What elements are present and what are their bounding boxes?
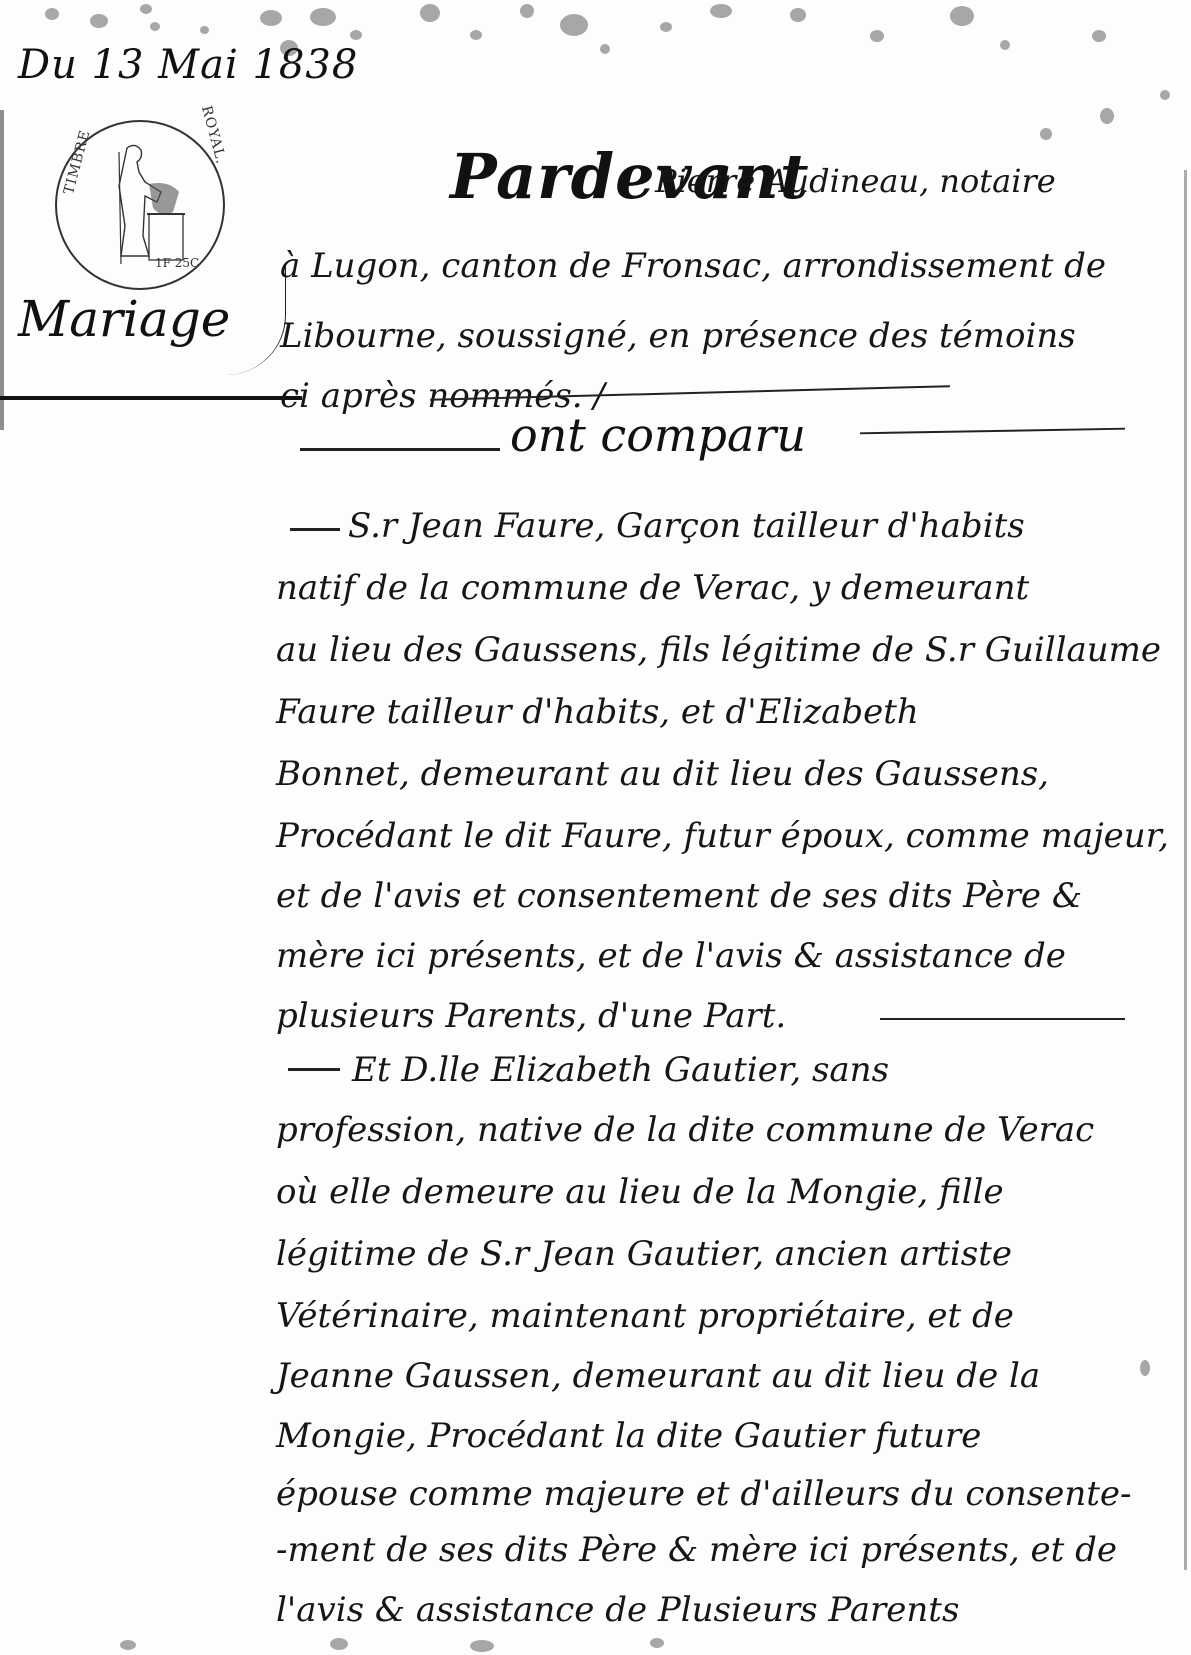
groom-line: S.r Jean Faure, Garçon tailleur d'habits [348, 506, 1025, 546]
stamp-left-text: TIMBRE [61, 128, 94, 196]
groom-line: mère ici présents, et de l'avis & assist… [276, 936, 1066, 976]
subheading-ont-compare: ont comparu [510, 408, 806, 462]
paragraph-dash [288, 1068, 340, 1071]
bride-line: Jeanne Gaussen, demeurant au dit lieu de… [276, 1356, 1040, 1396]
bride-line: Et D.lle Elizabeth Gautier, sans [352, 1050, 889, 1090]
line-filler [300, 448, 500, 451]
document-page: Du 13 Mai 1838 TIMBRE ROYAL. 1F 25C Mari… [0, 0, 1191, 1655]
body-line: à Lugon, canton de Fronsac, arrondisseme… [280, 246, 1106, 286]
groom-line: natif de la commune de Verac, y demeuran… [276, 568, 1029, 608]
margin-divider [0, 396, 302, 400]
date-header: Du 13 Mai 1838 [18, 42, 358, 88]
groom-line: plusieurs Parents, d'une Part. [276, 996, 786, 1036]
line-filler [860, 428, 1125, 435]
bride-line: Vétérinaire, maintenant propriétaire, et… [276, 1296, 1014, 1336]
bride-line: légitime de S.r Jean Gautier, ancien art… [276, 1234, 1012, 1274]
paragraph-dash [290, 528, 340, 531]
body-line: Libourne, soussigné, en présence des tém… [280, 316, 1076, 356]
timbre-royal-stamp: TIMBRE ROYAL. 1F 25C [55, 120, 225, 290]
bride-line: épouse comme majeure et d'ailleurs du co… [276, 1474, 1132, 1514]
groom-line: Procédant le dit Faure, futur époux, com… [276, 816, 1169, 856]
groom-line: Faure tailleur d'habits, et d'Elizabeth [276, 692, 919, 732]
bride-line: Mongie, Procédant la dite Gautier future [276, 1416, 981, 1456]
stamp-right-text: ROYAL. [198, 104, 229, 166]
bride-line: où elle demeure au lieu de la Mongie, fi… [276, 1172, 1004, 1212]
margin-title: Mariage [18, 290, 230, 348]
line-filler [880, 1018, 1125, 1020]
page-edge-right [1184, 170, 1187, 1570]
groom-line: et de l'avis et consentement de ses dits… [276, 876, 1082, 916]
groom-line: au lieu des Gaussens, fils légitime de S… [276, 630, 1161, 670]
allegorical-figure-icon [97, 140, 187, 270]
bride-line: -ment de ses dits Père & mère ici présen… [276, 1530, 1117, 1570]
notary-line: Pierre Audineau, notaire [655, 162, 1056, 200]
page-edge-left [0, 110, 4, 430]
bride-line: l'avis & assistance de Plusieurs Parents [276, 1590, 959, 1630]
bride-line: profession, native de la dite commune de… [276, 1110, 1094, 1150]
groom-line: Bonnet, demeurant au dit lieu des Gausse… [276, 754, 1049, 794]
stamp-price: 1F 25C [155, 256, 199, 270]
